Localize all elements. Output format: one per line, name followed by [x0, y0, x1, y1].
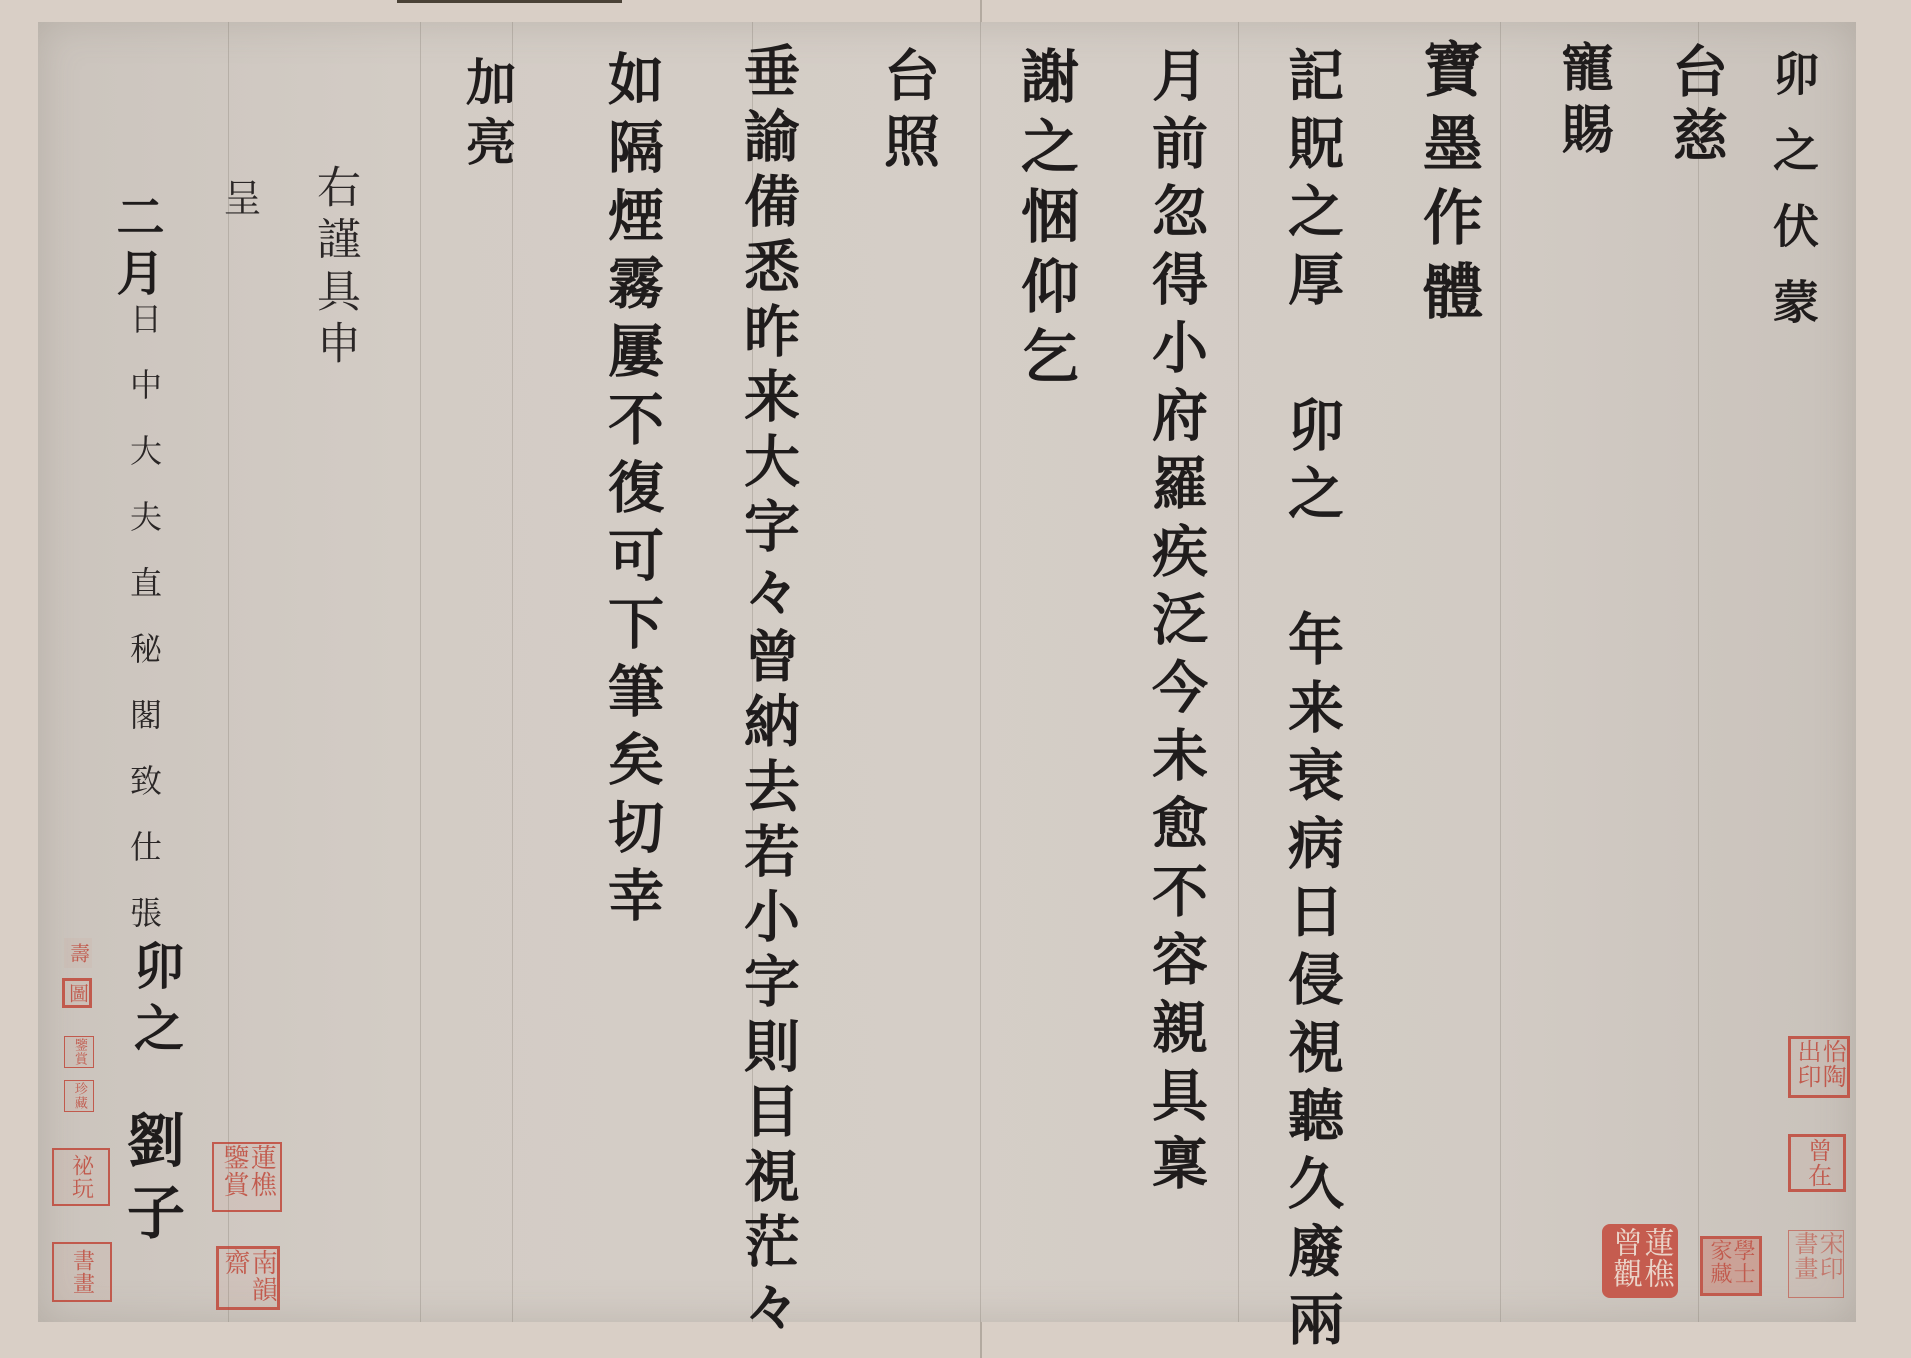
text-column-8: 台照: [880, 46, 936, 178]
column-rule: [1238, 22, 1239, 1322]
text-column-14: 二月: [112, 192, 160, 304]
column-rule: [1500, 22, 1501, 1322]
collector-seal: 宋印書畫: [1788, 1230, 1844, 1298]
text-column-7: 謝之悃仰乞: [1016, 46, 1074, 396]
text-column-1: 卯之伏蒙: [1770, 50, 1816, 354]
collector-seal: 珍藏: [64, 1080, 94, 1112]
text-column-10: 如隔煙霧屢不復可下筆矣切幸: [604, 50, 660, 934]
text-column-17: 劉子: [122, 1110, 180, 1254]
column-rule: [420, 22, 421, 1322]
collector-seal: 學士家藏: [1700, 1236, 1762, 1296]
text-column-11: 加亮: [462, 56, 512, 176]
collector-seal: 圖: [62, 978, 92, 1008]
collector-seal: 南韻齋: [216, 1246, 280, 1310]
collector-seal: 蓮樵曾觀: [1602, 1224, 1678, 1298]
column-rule: [512, 22, 513, 1322]
text-column-12: 右謹具申: [312, 164, 356, 372]
column-rule: [1698, 22, 1699, 1322]
text-column-9: 垂諭備悉昨来大字々曾納去若小字則目視茫々: [740, 42, 796, 1342]
collector-seal: 祕玩: [52, 1148, 110, 1206]
text-column-16: 卯之: [130, 940, 180, 1064]
collector-seal: 鑒賞: [64, 1036, 94, 1068]
collector-seal: 壽: [64, 938, 92, 968]
column-rule: [980, 22, 981, 1322]
text-column-6: 月前忽得小府羅疾泛今未愈不容親具稟: [1148, 46, 1204, 1202]
collector-seal: 書畫: [52, 1242, 112, 1302]
collector-seal: 蓮樵鑒賞: [212, 1142, 282, 1212]
text-column-15: 日中大夫直秘閣致仕張: [128, 302, 160, 962]
collector-seal: 曾在: [1788, 1134, 1846, 1192]
text-column-13: 呈: [220, 178, 258, 230]
text-column-3: 寵賜: [1556, 40, 1608, 164]
text-column-4: 寶墨作體: [1418, 38, 1478, 334]
mount-top-dark-strip: [397, 0, 622, 3]
text-column-2: 台慈: [1668, 42, 1724, 170]
collector-seal: 怡陶出印: [1788, 1036, 1850, 1098]
text-column-5: 記貺之厚 卯之 年来衰病日侵視聽久廢兩: [1284, 46, 1340, 1358]
